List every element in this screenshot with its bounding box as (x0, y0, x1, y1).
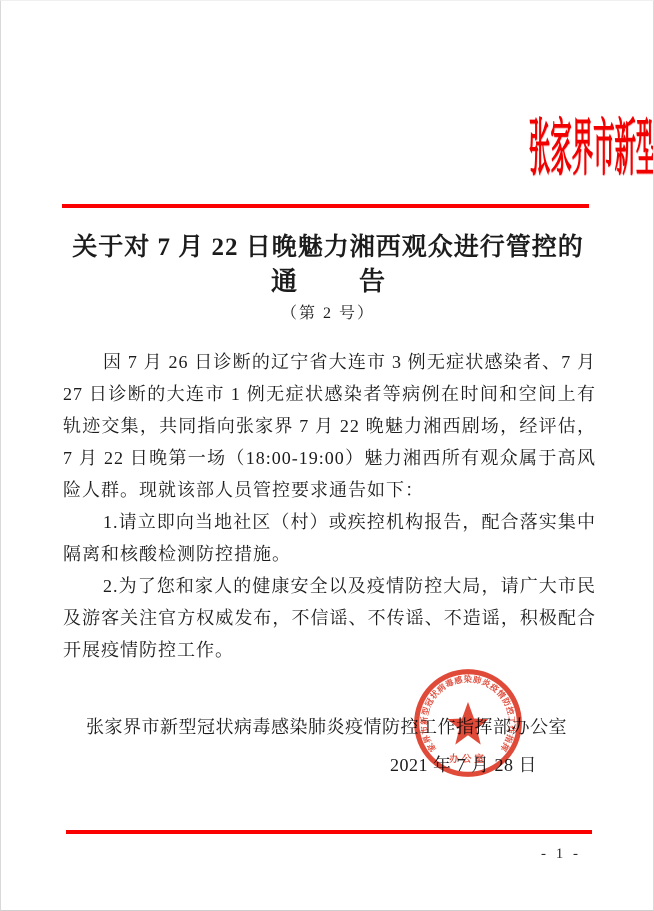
body-paragraph: 2.为了您和家人的健康安全以及疫情防控大局，请广大市民及游客关注官方权威发布，不… (63, 570, 596, 666)
document-body: 因 7 月 26 日诊断的辽宁省大连市 3 例无症状感染者、7 月 27 日诊断… (63, 346, 596, 666)
title-word-right: 告 (359, 267, 385, 296)
signature-organization: 张家界市新型冠状病毒感染肺炎疫情防控工作指挥部办公室 (63, 713, 596, 739)
header-divider-line (62, 204, 589, 208)
document-title-line2: 通告 (1, 261, 654, 298)
body-paragraph: 因 7 月 26 日诊断的辽宁省大连市 3 例无症状感染者、7 月 27 日诊断… (63, 346, 596, 506)
title-word-left: 通 (271, 267, 297, 296)
letterhead-title: 张家界市新型冠状病毒感染肺炎疫情防控工作指挥部办公室 (529, 114, 654, 184)
document-title-line1: 关于对 7 月 22 日晚魅力湘西观众进行管控的 (1, 227, 654, 263)
document-number: （第 2 号） (1, 300, 654, 323)
document-page: 张家界市新型冠状病毒感染肺炎疫情防控工作指挥部办公室 关于对 7 月 22 日晚… (0, 0, 654, 911)
document-letterhead: 张家界市新型冠状病毒感染肺炎疫情防控工作指挥部办公室 (1, 114, 654, 184)
footer-divider-line (66, 830, 592, 834)
signature-block: 张家界市新型冠状病毒感染肺炎疫情防控工作指挥部办公室 2021 年 7 月 28… (63, 713, 596, 777)
body-paragraph: 1.请立即向当地社区（村）或疾控机构报告，配合落实集中隔离和核酸检测防控措施。 (63, 506, 596, 570)
page-number: - 1 - (541, 846, 581, 863)
signature-date: 2021 年 7 月 28 日 (63, 751, 596, 777)
